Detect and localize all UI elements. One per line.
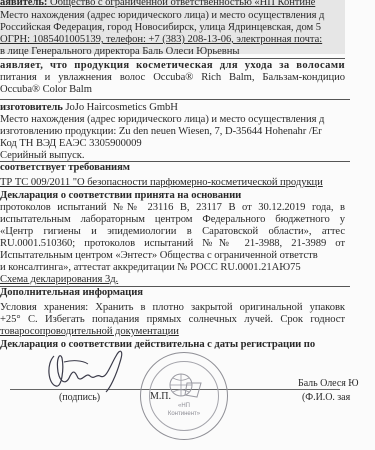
basis-line-4: RU.0001.510360; протоколов испытаний №№ …	[0, 238, 345, 250]
applicant-line-1: аявитель: Общество с ограниченной ответс…	[0, 0, 360, 9]
basis-line-1: протоколов испытаний №№ 23116 В, 23117 В…	[0, 202, 345, 214]
declaration-page: аявитель: Общество с ограниченной ответс…	[0, 0, 375, 450]
manufacturer-line-1: изготовитель JoJo Haircosmetics GmbH	[0, 102, 360, 114]
signature-icon	[42, 346, 142, 396]
basis-line-3: «Центр гигиены и эпидемиологии в Саратов…	[0, 226, 345, 238]
compliance-standard: ТР ТС 009/2011 "О безопасности парфюмерн…	[0, 177, 360, 189]
additional-line-1: Условия хранения: Хранить в плотно закры…	[0, 302, 345, 314]
applicant-line-3: Российская Федерация, город Новосибирск,…	[0, 22, 360, 34]
signatory-name-caption: (Ф.И.О. зая	[302, 392, 375, 404]
basis-line-2: испытательным лабораторным центром Федер…	[0, 214, 345, 226]
stamp-mp-label: М.П.	[150, 391, 190, 403]
divider	[0, 99, 350, 100]
applicant-line-4: ОГРН: 1085401005139, телефон: +7 (383) 2…	[0, 34, 360, 46]
manufacturer-line-3: изготовлению продукции: Zu den neuen Wie…	[0, 126, 360, 138]
manufacturer-label: изготовитель	[0, 102, 63, 113]
divider	[0, 58, 345, 59]
basis-line-5: Испытательным центром «Энтест» Общества …	[0, 250, 360, 262]
stamp-text-2: Континент»	[141, 411, 227, 418]
manufacturer-line-4: Код ТН ВЭД ЕАЭС 3305900009	[0, 138, 360, 150]
basis-line-7: Схема декларирования 3д.	[0, 274, 360, 286]
applicant-line-2: Место нахождения (адрес юридического лиц…	[0, 10, 360, 22]
declares-line-1: аявляет, что продукция косметическая для…	[0, 60, 345, 72]
applicant-label: аявитель:	[0, 0, 47, 8]
compliance-label: соответствует требованиям	[0, 162, 360, 174]
basis-line-6: и консалтинга», аттестат аккредитации № …	[0, 262, 360, 274]
applicant-name: Общество с ограниченной ответственностью…	[47, 0, 315, 8]
manufacturer-name: JoJo Haircosmetics GmbH	[63, 102, 178, 113]
applicant-line-5: в лице Генерального директора Баль Олеси…	[0, 46, 360, 58]
manufacturer-line-2: Место нахождения (адрес юридического лиц…	[0, 114, 360, 126]
basis-label: Декларация о соответствии принята на осн…	[0, 190, 360, 202]
additional-line-3: товаросопроводительной документации	[0, 326, 360, 338]
signatory-name: Баль Олеся Ю	[298, 378, 375, 390]
signature-caption: (подпись)	[59, 392, 119, 404]
stamp-text-1: «НП	[141, 403, 227, 410]
additional-label: Дополнительная информация	[0, 287, 360, 299]
declares-line-3: Occuba® Color Balm	[0, 84, 360, 96]
declares-line-2: питания и увлажнения волос Occuba® Rich …	[0, 72, 345, 84]
additional-line-2: +25° С. Избегать попадания прямых солнеч…	[0, 314, 345, 326]
